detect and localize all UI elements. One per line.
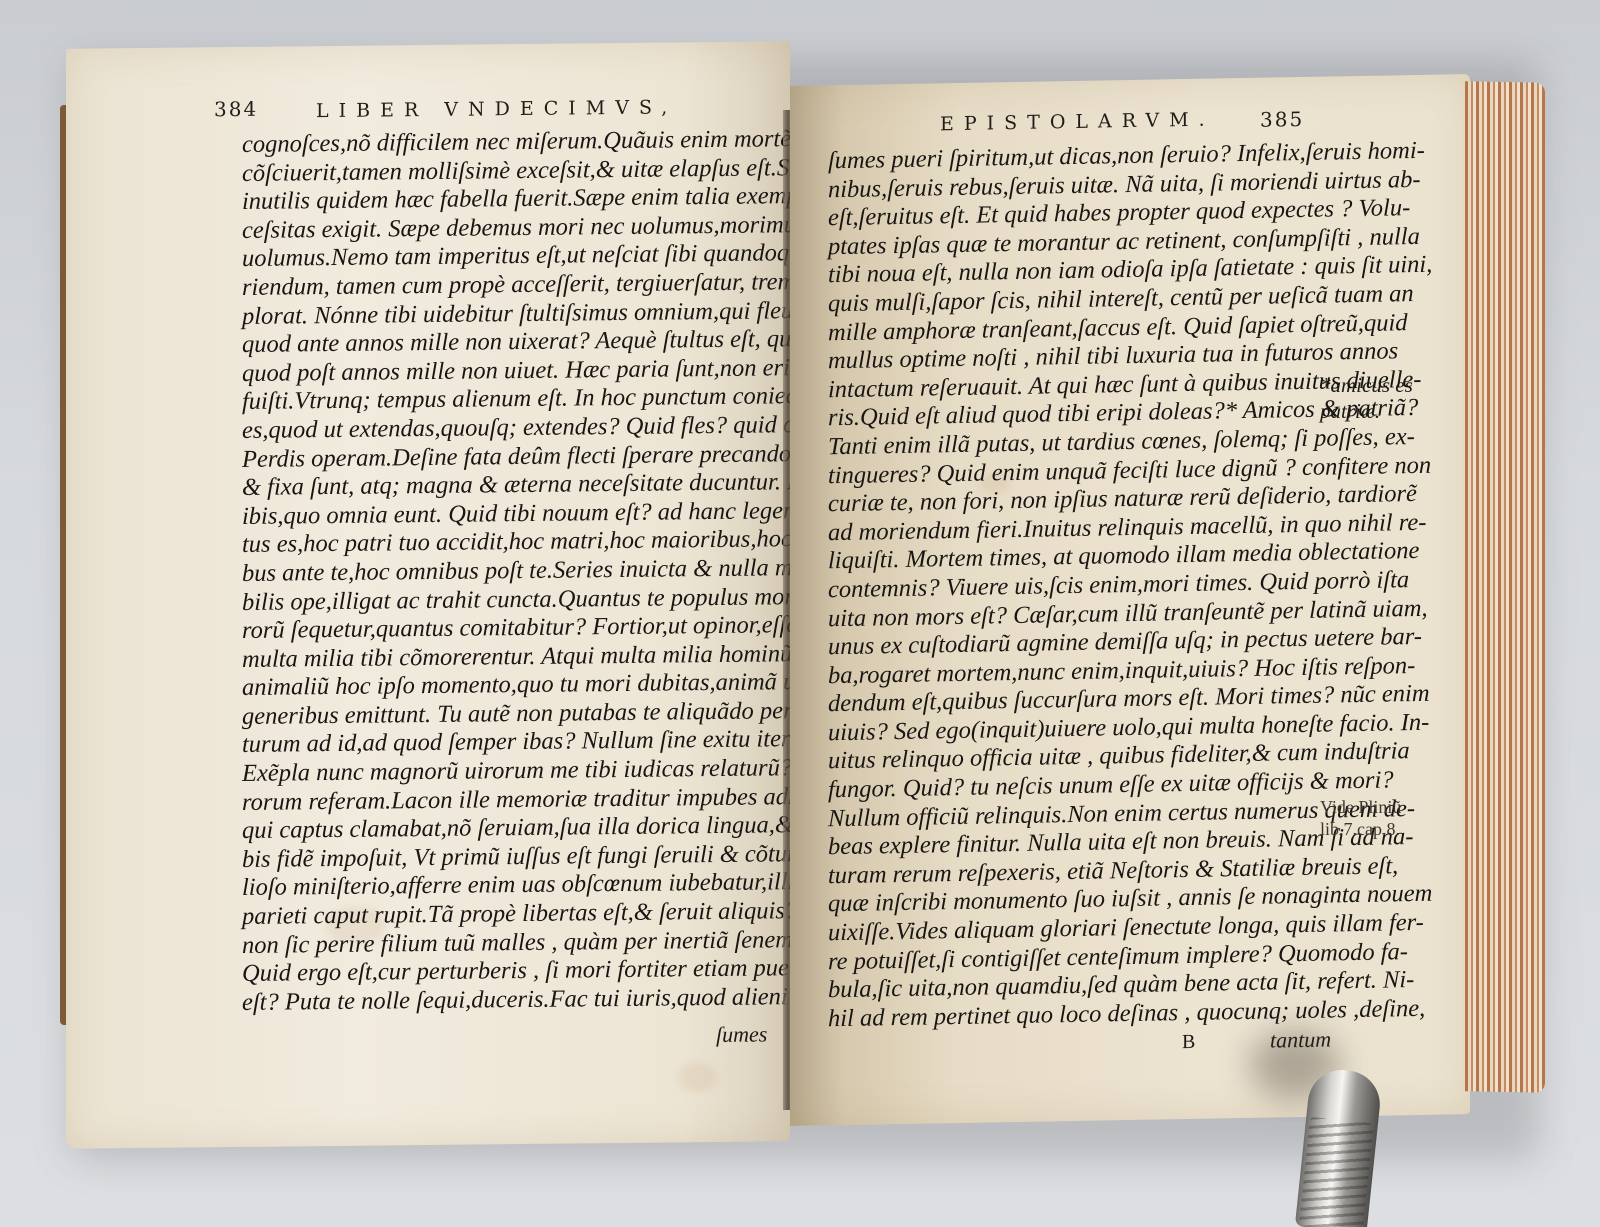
catchword: ſumes xyxy=(716,1021,767,1048)
signature-mark: B xyxy=(1182,1031,1195,1054)
right-page: EPISTOLARVM. 385 ſumes pueri ſpiritum,ut… xyxy=(790,74,1470,1126)
marginal-note: Vide Pliniũ lib.7.cap.8. xyxy=(1320,796,1401,840)
marginal-note-line: patriæ. xyxy=(1320,398,1413,424)
left-page: 384 LIBER VNDECIMVS, cognoſces,nõ diffic… xyxy=(66,41,790,1149)
text-line: eſt? Puta te nolle ſequi,duceris.Fac tui… xyxy=(242,982,855,1017)
marginal-note-line: *amicus es xyxy=(1320,372,1413,398)
page-fore-edge xyxy=(1465,81,1545,1092)
page-number: 385 xyxy=(1260,107,1304,132)
right-page-text: ſumes pueri ſpiritum,ut dicas,non ſeruio… xyxy=(828,137,1432,1034)
running-head: EPISTOLARVM. xyxy=(940,109,1215,136)
page-number: 384 xyxy=(214,97,258,121)
left-page-text: cognoſces,nõ difficilem nec miſerum.Quãu… xyxy=(242,125,855,1018)
running-head: LIBER VNDECIMVS, xyxy=(316,96,677,122)
marginal-note: *amicus es patriæ. xyxy=(1320,372,1413,424)
marginal-note-line: Vide Pliniũ xyxy=(1320,796,1401,818)
marginal-note-line: lib.7.cap.8. xyxy=(1320,818,1401,840)
paper-stain xyxy=(676,1062,716,1092)
